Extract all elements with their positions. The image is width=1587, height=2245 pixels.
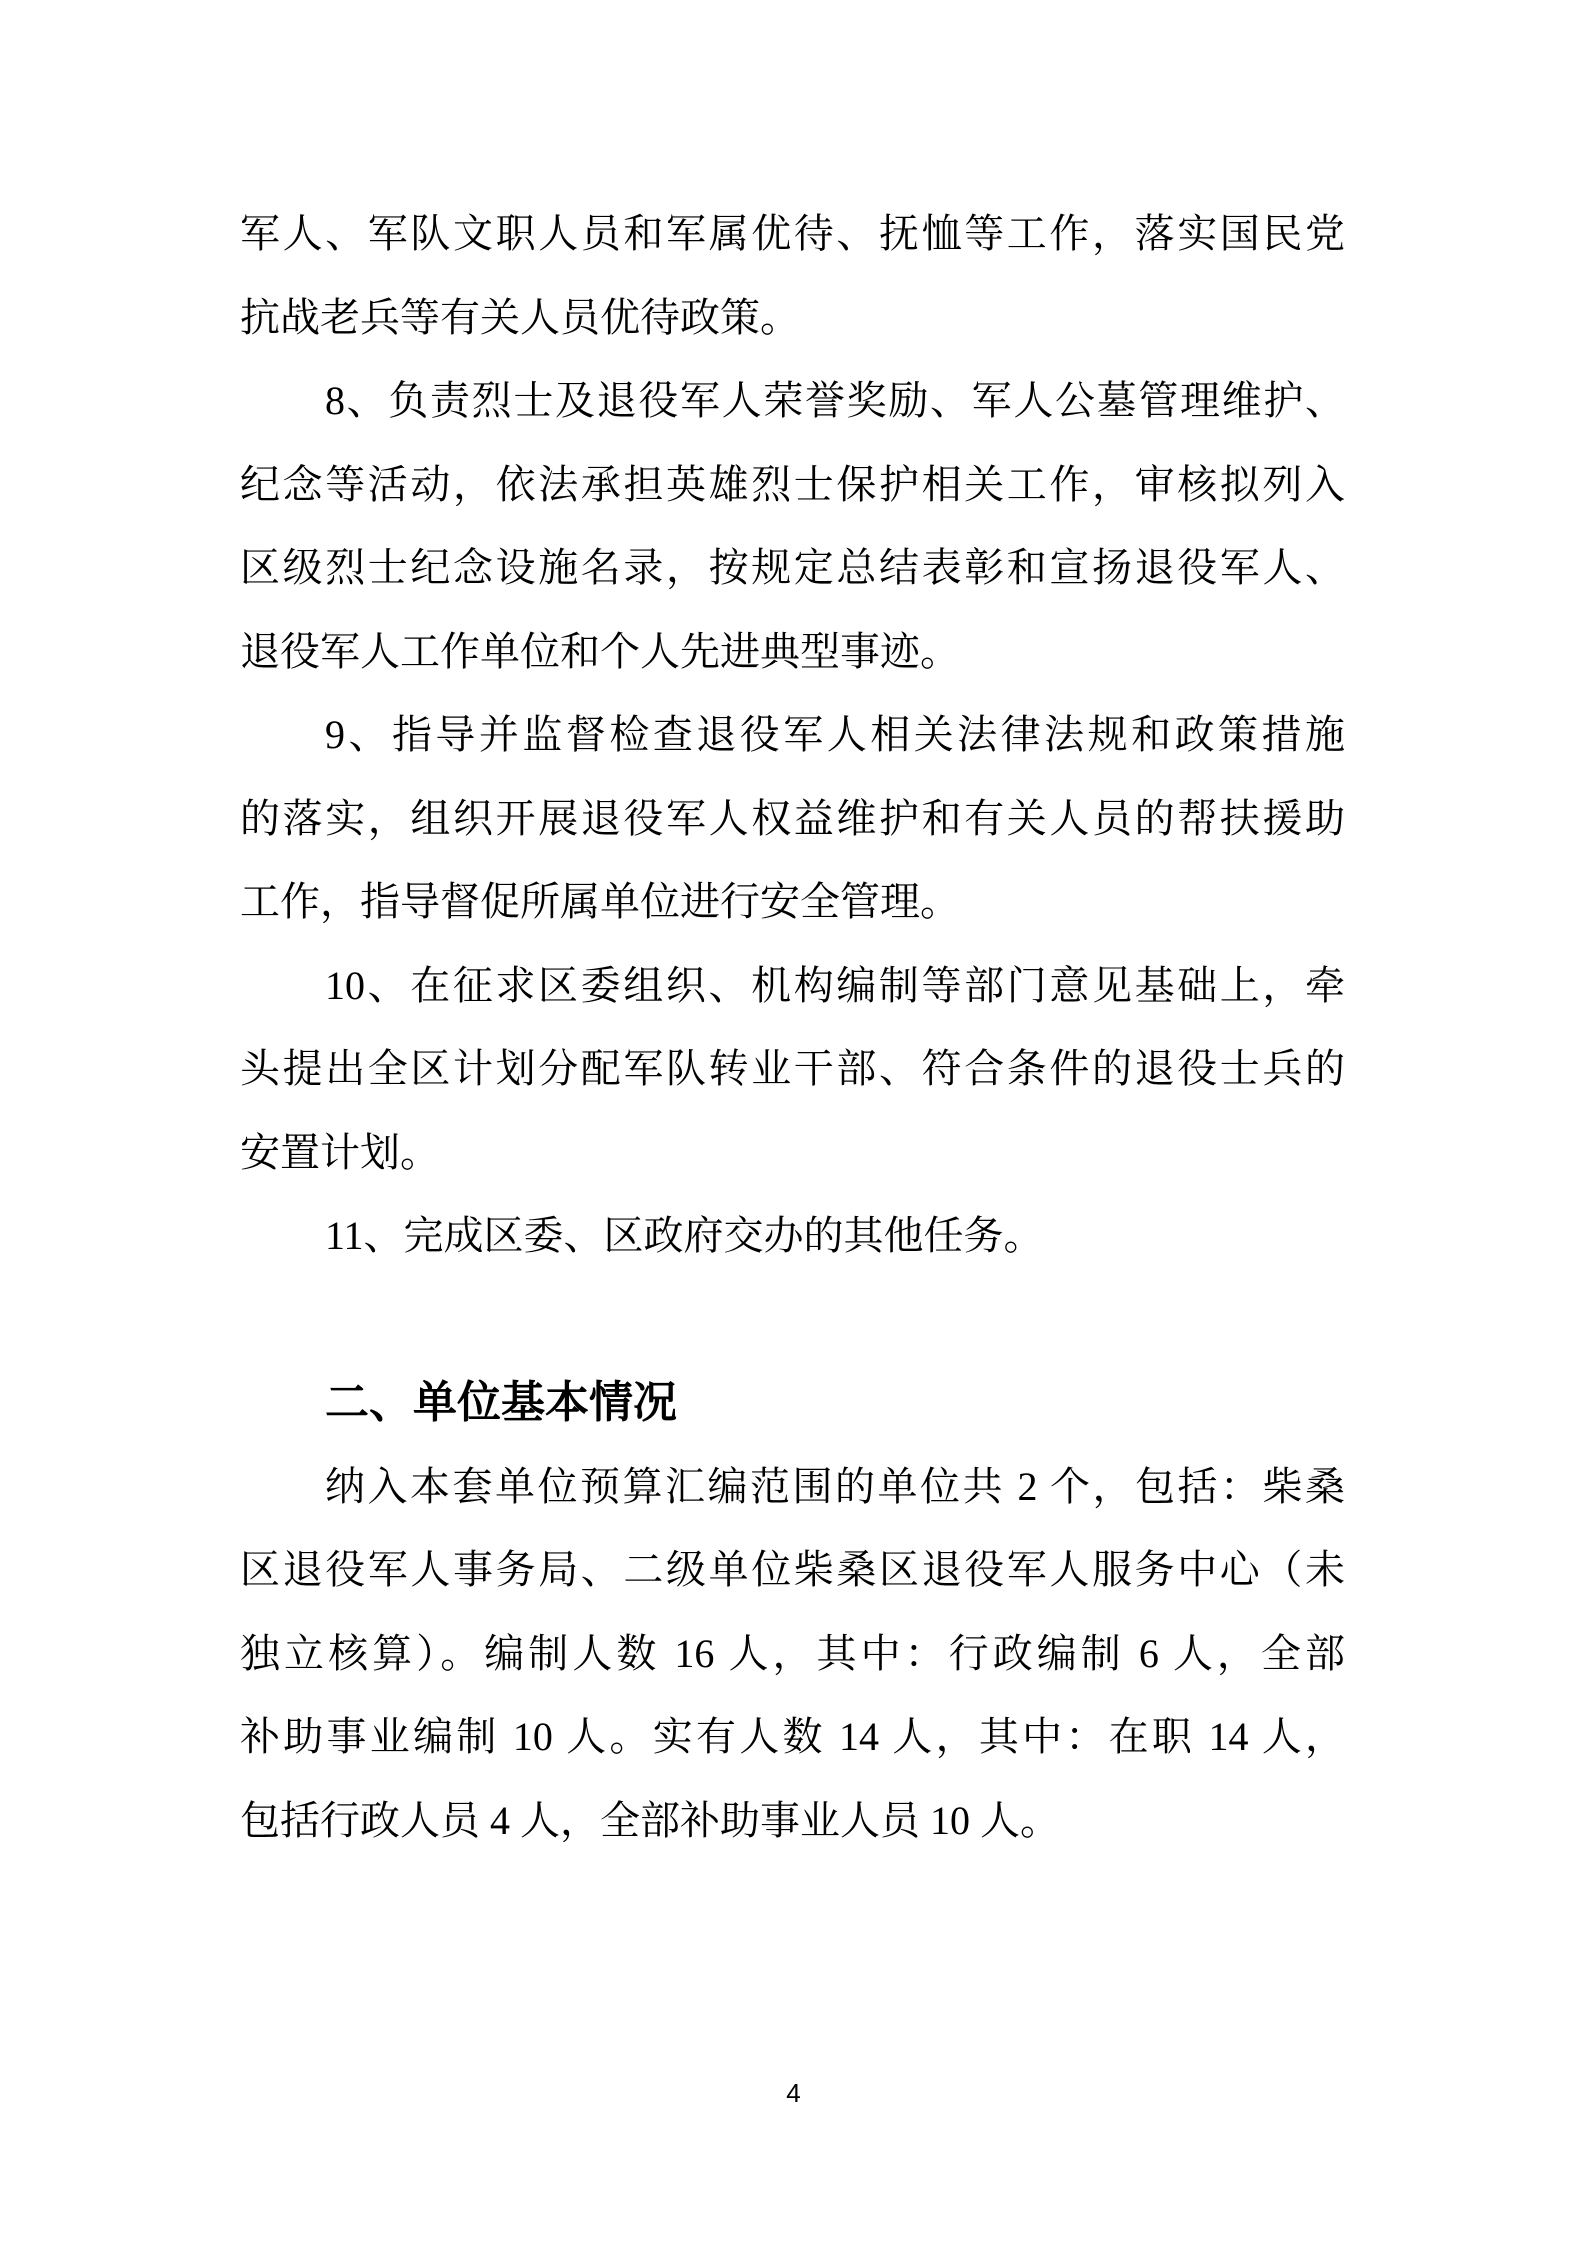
text-line: 军人、军队文职人员和军属优待、抚恤等工作，落实国民党 bbox=[240, 192, 1345, 276]
text-line: 区退役军人事务局、二级单位柴桑区退役军人服务中心（未 bbox=[240, 1528, 1345, 1612]
text-line: 头提出全区计划分配军队转业干部、符合条件的退役士兵的 bbox=[240, 1027, 1345, 1111]
section-heading: 二、单位基本情况 bbox=[240, 1361, 1345, 1445]
text-line: 8、负责烈士及退役军人荣誉奖励、军人公墓管理维护、 bbox=[240, 359, 1345, 443]
text-line: 抗战老兵等有关人员优待政策。 bbox=[240, 276, 1345, 360]
text-line: 包括行政人员 4 人，全部补助事业人员 10 人。 bbox=[240, 1779, 1345, 1863]
text-line: 补助事业编制 10 人。实有人数 14 人，其中：在职 14 人， bbox=[240, 1695, 1345, 1779]
text-line: 9、指导并监督检查退役军人相关法律法规和政策措施 bbox=[240, 693, 1345, 777]
text-line: 10、在征求区委组织、机构编制等部门意见基础上，牵 bbox=[240, 944, 1345, 1028]
page-number: 4 bbox=[0, 2078, 1587, 2109]
text-line: 独立核算）。编制人数 16 人，其中：行政编制 6 人，全部 bbox=[240, 1612, 1345, 1696]
text-line: 工作，指导督促所属单位进行安全管理。 bbox=[240, 860, 1345, 944]
document-page: 军人、军队文职人员和军属优待、抚恤等工作，落实国民党 抗战老兵等有关人员优待政策… bbox=[0, 0, 1587, 2245]
text-line: 纳入本套单位预算汇编范围的单位共 2 个，包括：柴桑 bbox=[240, 1445, 1345, 1529]
text-line: 纪念等活动，依法承担英雄烈士保护相关工作，审核拟列入 bbox=[240, 443, 1345, 527]
text-line: 安置计划。 bbox=[240, 1111, 1345, 1195]
document-body: 军人、军队文职人员和军属优待、抚恤等工作，落实国民党 抗战老兵等有关人员优待政策… bbox=[240, 192, 1345, 1862]
text-line: 退役军人工作单位和个人先进典型事迹。 bbox=[240, 610, 1345, 694]
blank-line bbox=[240, 1278, 1345, 1362]
text-line: 的落实，组织开展退役军人权益维护和有关人员的帮扶援助 bbox=[240, 777, 1345, 861]
text-line: 区级烈士纪念设施名录，按规定总结表彰和宣扬退役军人、 bbox=[240, 526, 1345, 610]
text-line: 11、完成区委、区政府交办的其他任务。 bbox=[240, 1194, 1345, 1278]
